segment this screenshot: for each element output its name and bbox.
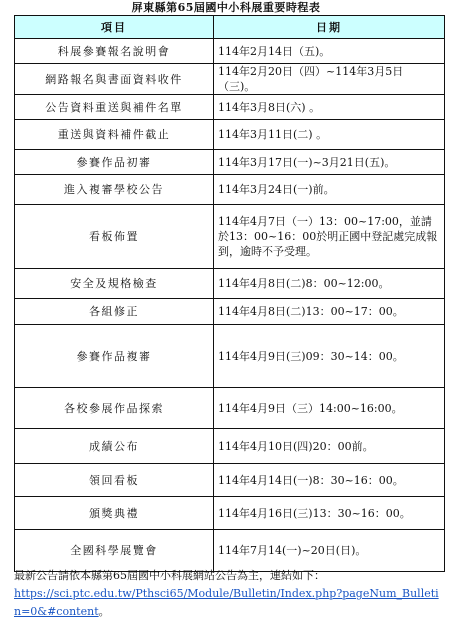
- table-header-row: 項目 日期: [15, 16, 445, 39]
- schedule-date: 114年7月14(一)~20日(日)。: [214, 530, 445, 572]
- schedule-date: 114年2月14日（五)。: [214, 39, 445, 64]
- schedule-item: 重送與資料補件截止: [15, 120, 214, 150]
- schedule-date: 114年4月9日（三）14:00~16:00。: [214, 388, 445, 429]
- schedule-item: 安全及規格檢查: [15, 269, 214, 299]
- table-row: 安全及規格檢查114年4月8日(二)8：00~12:00。: [15, 269, 445, 299]
- bulletin-link[interactable]: https://sci.ptc.edu.tw/Pthsci65/Module/B…: [14, 587, 439, 618]
- link-suffix: 。: [99, 605, 110, 618]
- schedule-item: 參賽作品初審: [15, 150, 214, 175]
- schedule-date: 114年3月17日(一)~3月21日(五)。: [214, 150, 445, 175]
- footer-text: 最新公告請依本縣第65屆國中小科展網站公告為主，連結如下：: [14, 567, 444, 585]
- table-row: 看板佈置114年4月7日（一）13：00~17:00，並請於13：00~16：0…: [15, 205, 445, 269]
- schedule-item: 科展參賽報名說明會: [15, 39, 214, 64]
- table-row: 全國科學展覽會114年7月14(一)~20日(日)。: [15, 530, 445, 572]
- schedule-item: 網路報名與書面資料收件: [15, 64, 214, 95]
- schedule-item: 各校參展作品探索: [15, 388, 214, 429]
- table-row: 領回看板114年4月14日(一)8：30~16：00。: [15, 464, 445, 497]
- table-row: 成績公布114年4月10日(四)20：00前。: [15, 429, 445, 464]
- table-row: 參賽作品初審114年3月17日(一)~3月21日(五)。: [15, 150, 445, 175]
- schedule-item: 看板佈置: [15, 205, 214, 269]
- schedule-date: 114年3月8日(六) 。: [214, 95, 445, 120]
- schedule-date: 114年4月7日（一）13：00~17:00，並請於13：00~16：00於明正…: [214, 205, 445, 269]
- schedule-date: 114年4月9日(三)09：30~14：00。: [214, 325, 445, 388]
- schedule-date: 114年4月8日(二)8：00~12:00。: [214, 269, 445, 299]
- schedule-item: 頒獎典禮: [15, 497, 214, 530]
- schedule-item: 參賽作品複審: [15, 325, 214, 388]
- schedule-date: 114年4月16日(三)13：30~16：00。: [214, 497, 445, 530]
- table-row: 各校參展作品探索114年4月9日（三）14:00~16:00。: [15, 388, 445, 429]
- column-header-date: 日期: [214, 16, 445, 39]
- schedule-date: 114年2月20日（四）~114年3月5日（三)。: [214, 64, 445, 95]
- table-row: 科展參賽報名說明會114年2月14日（五)。: [15, 39, 445, 64]
- table-row: 頒獎典禮114年4月16日(三)13：30~16：00。: [15, 497, 445, 530]
- page-title: 屏東縣第65屆國中小科展重要時程表: [0, 0, 452, 15]
- schedule-item: 各組修正: [15, 299, 214, 325]
- table-row: 網路報名與書面資料收件114年2月20日（四）~114年3月5日（三)。: [15, 64, 445, 95]
- table-row: 公告資料重送與補件名單114年3月8日(六) 。: [15, 95, 445, 120]
- schedule-item: 領回看板: [15, 464, 214, 497]
- table-row: 重送與資料補件截止114年3月11日(二) 。: [15, 120, 445, 150]
- schedule-date: 114年3月11日(二) 。: [214, 120, 445, 150]
- column-header-item: 項目: [15, 16, 214, 39]
- schedule-item: 成績公布: [15, 429, 214, 464]
- schedule-date: 114年4月10日(四)20：00前。: [214, 429, 445, 464]
- schedule-item: 全國科學展覽會: [15, 530, 214, 572]
- table-row: 參賽作品複審114年4月9日(三)09：30~14：00。: [15, 325, 445, 388]
- schedule-date: 114年3月24日(一)前。: [214, 175, 445, 205]
- table-row: 各組修正114年4月8日(二)13：00~17：00。: [15, 299, 445, 325]
- table-row: 進入複審學校公告114年3月24日(一)前。: [15, 175, 445, 205]
- footer-note: 最新公告請依本縣第65屆國中小科展網站公告為主，連結如下： https://sc…: [14, 567, 444, 621]
- schedule-table: 項目 日期 科展參賽報名說明會114年2月14日（五)。網路報名與書面資料收件1…: [14, 15, 445, 572]
- schedule-item: 進入複審學校公告: [15, 175, 214, 205]
- schedule-date: 114年4月8日(二)13：00~17：00。: [214, 299, 445, 325]
- schedule-date: 114年4月14日(一)8：30~16：00。: [214, 464, 445, 497]
- schedule-item: 公告資料重送與補件名單: [15, 95, 214, 120]
